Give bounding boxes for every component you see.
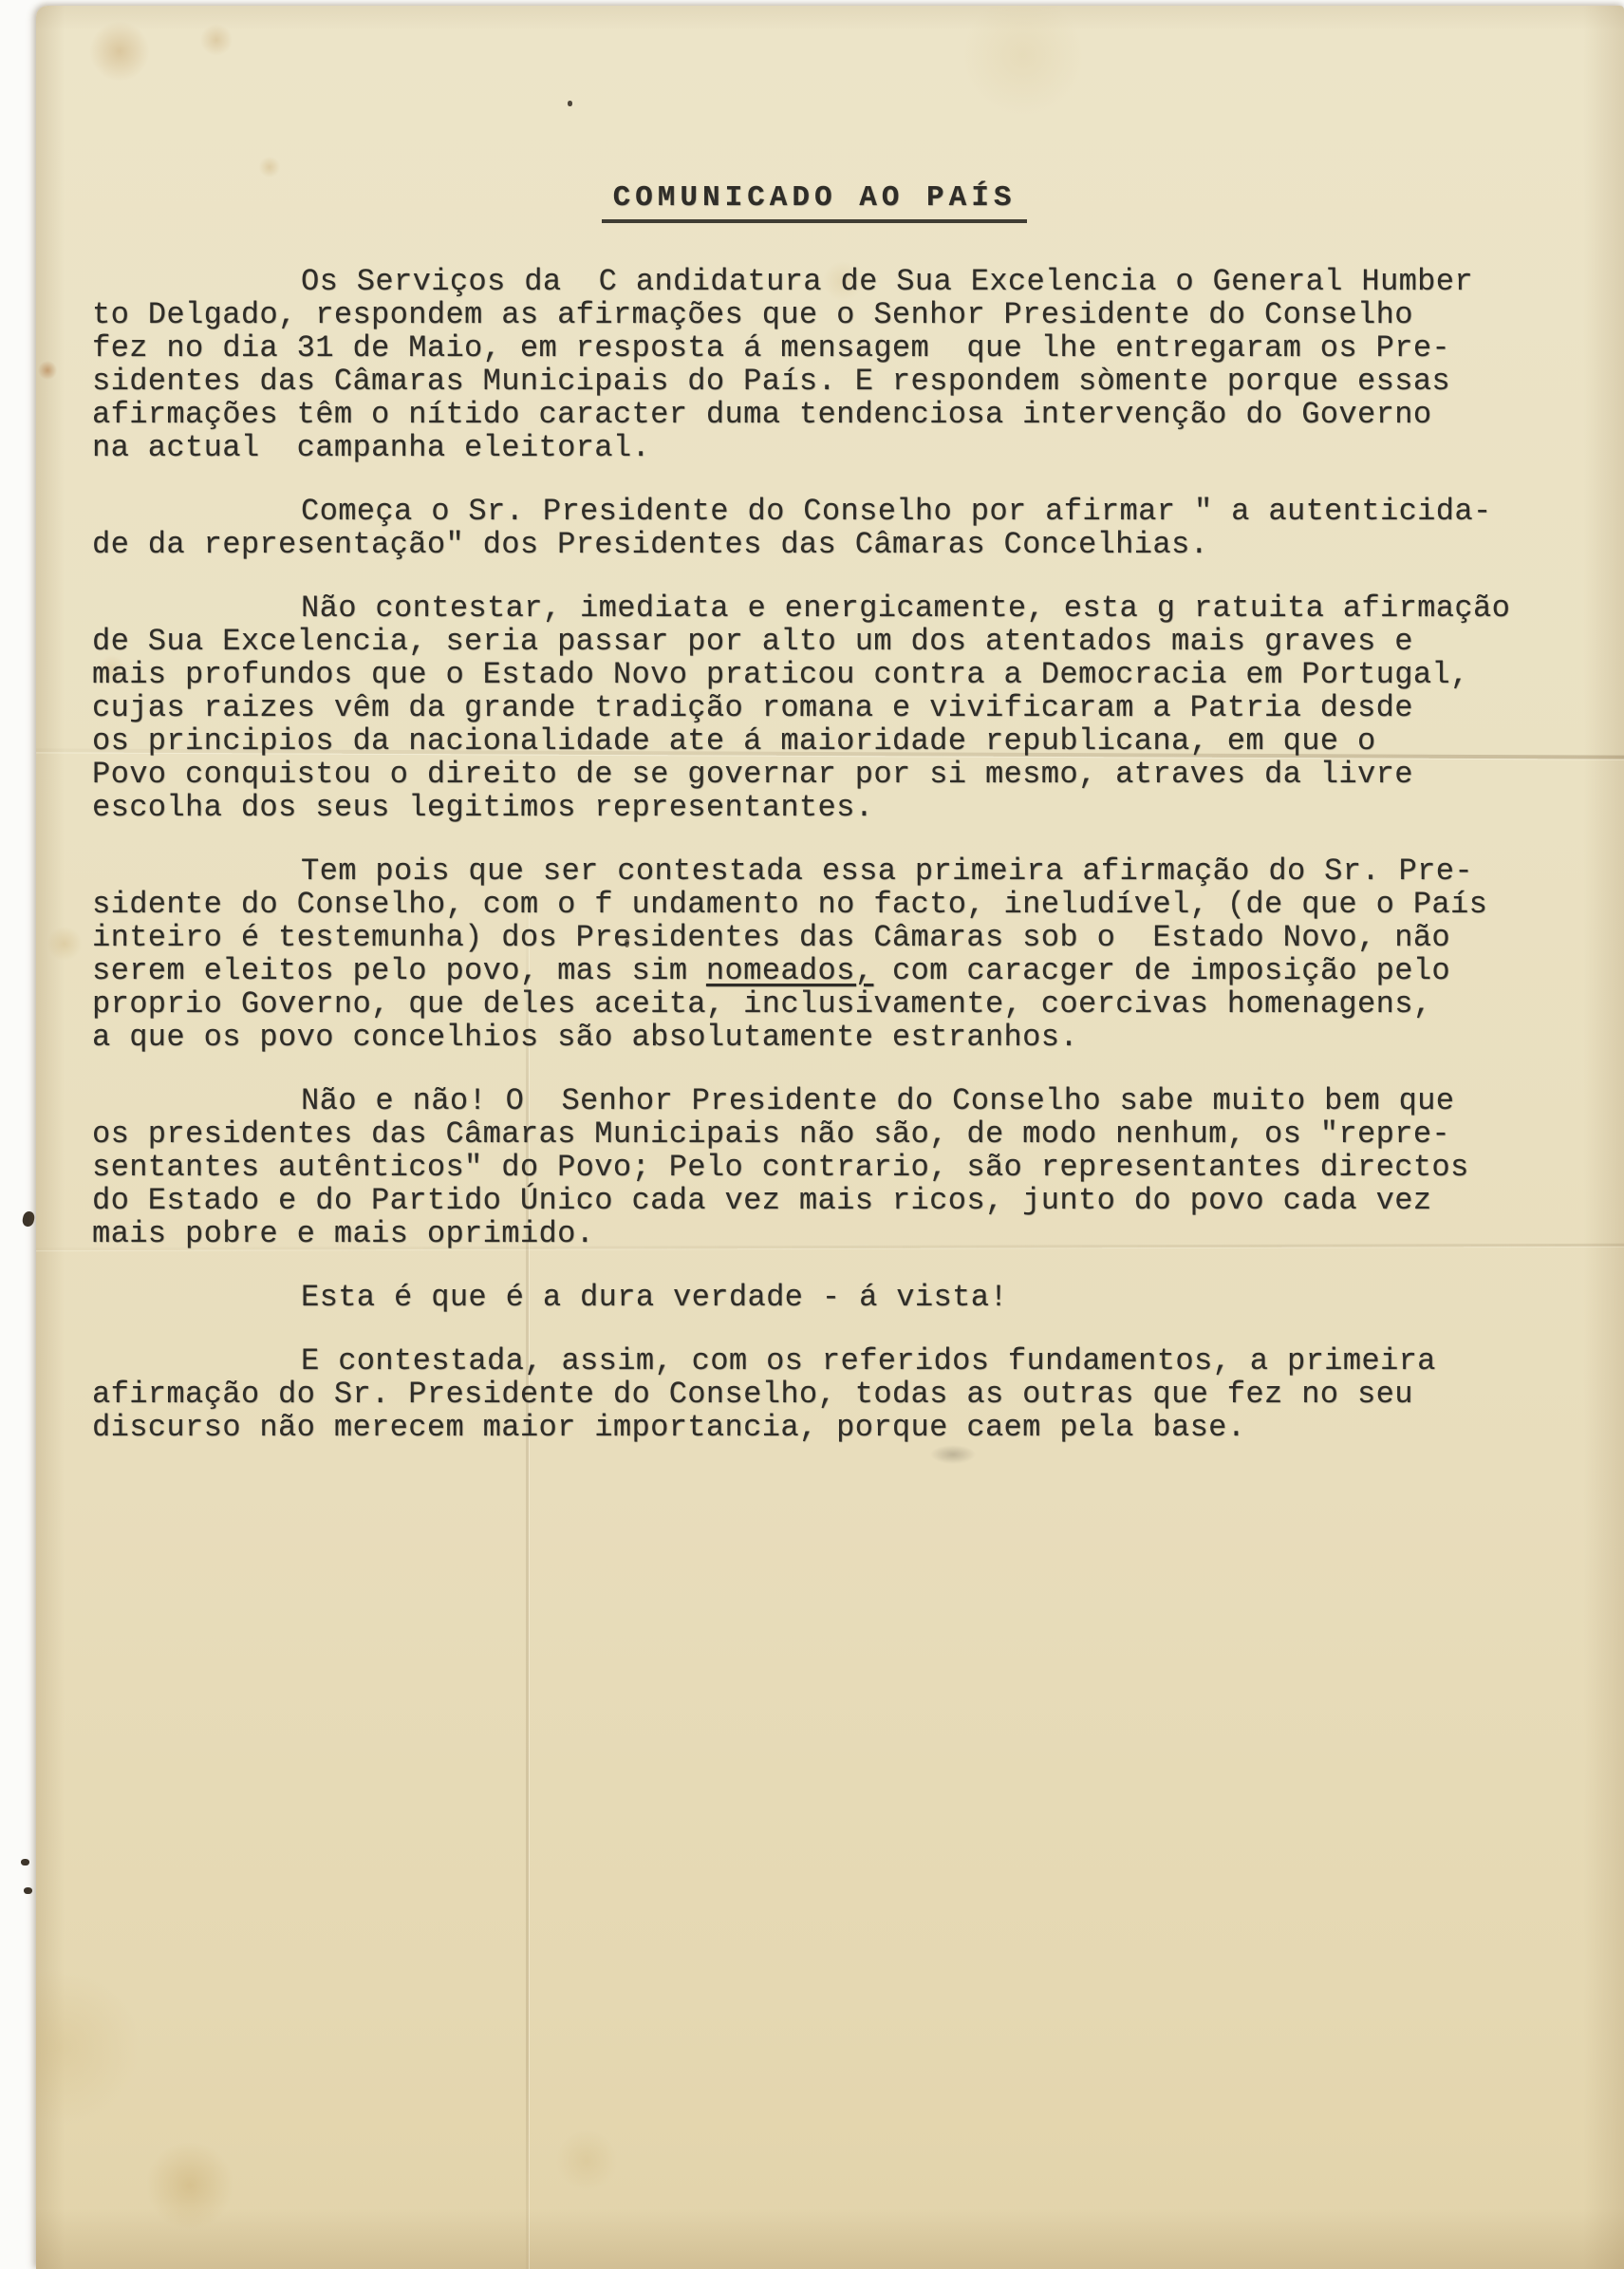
paper-sheet: COMUNICADO AO PAÍS Os Serviços da C andi…: [36, 6, 1624, 2269]
ink-speck: [21, 1859, 29, 1866]
document-title: COMUNICADO AO PAÍS: [602, 181, 1028, 223]
paragraph-2: Começa o Sr. Presidente do Conselho por …: [92, 495, 1537, 561]
paragraph-7: E contestada, assim, com os referidos fu…: [92, 1344, 1537, 1444]
ink-speck: [568, 101, 572, 106]
document-text: COMUNICADO AO PAÍS Os Serviços da C andi…: [92, 180, 1537, 1474]
paragraph-6: Esta é que é a dura verdade - á vista!: [92, 1281, 1537, 1314]
ink-speck: [21, 1210, 35, 1228]
ink-speck: [24, 1887, 32, 1894]
paragraph-4-underlined-word: nomeados,: [706, 953, 873, 988]
scanner-background: COMUNICADO AO PAÍS Os Serviços da C andi…: [0, 0, 1624, 2269]
paragraph-5: Não e não! O Senhor Presidente do Consel…: [92, 1084, 1537, 1250]
paragraph-1: Os Serviços da C andidatura de Sua Excel…: [92, 265, 1537, 464]
paragraph-4: Tem pois que ser contestada essa primeir…: [92, 854, 1537, 1054]
title-row: COMUNICADO AO PAÍS: [92, 180, 1537, 223]
paragraph-3: Não contestar, imediata e energicamente,…: [92, 591, 1537, 824]
